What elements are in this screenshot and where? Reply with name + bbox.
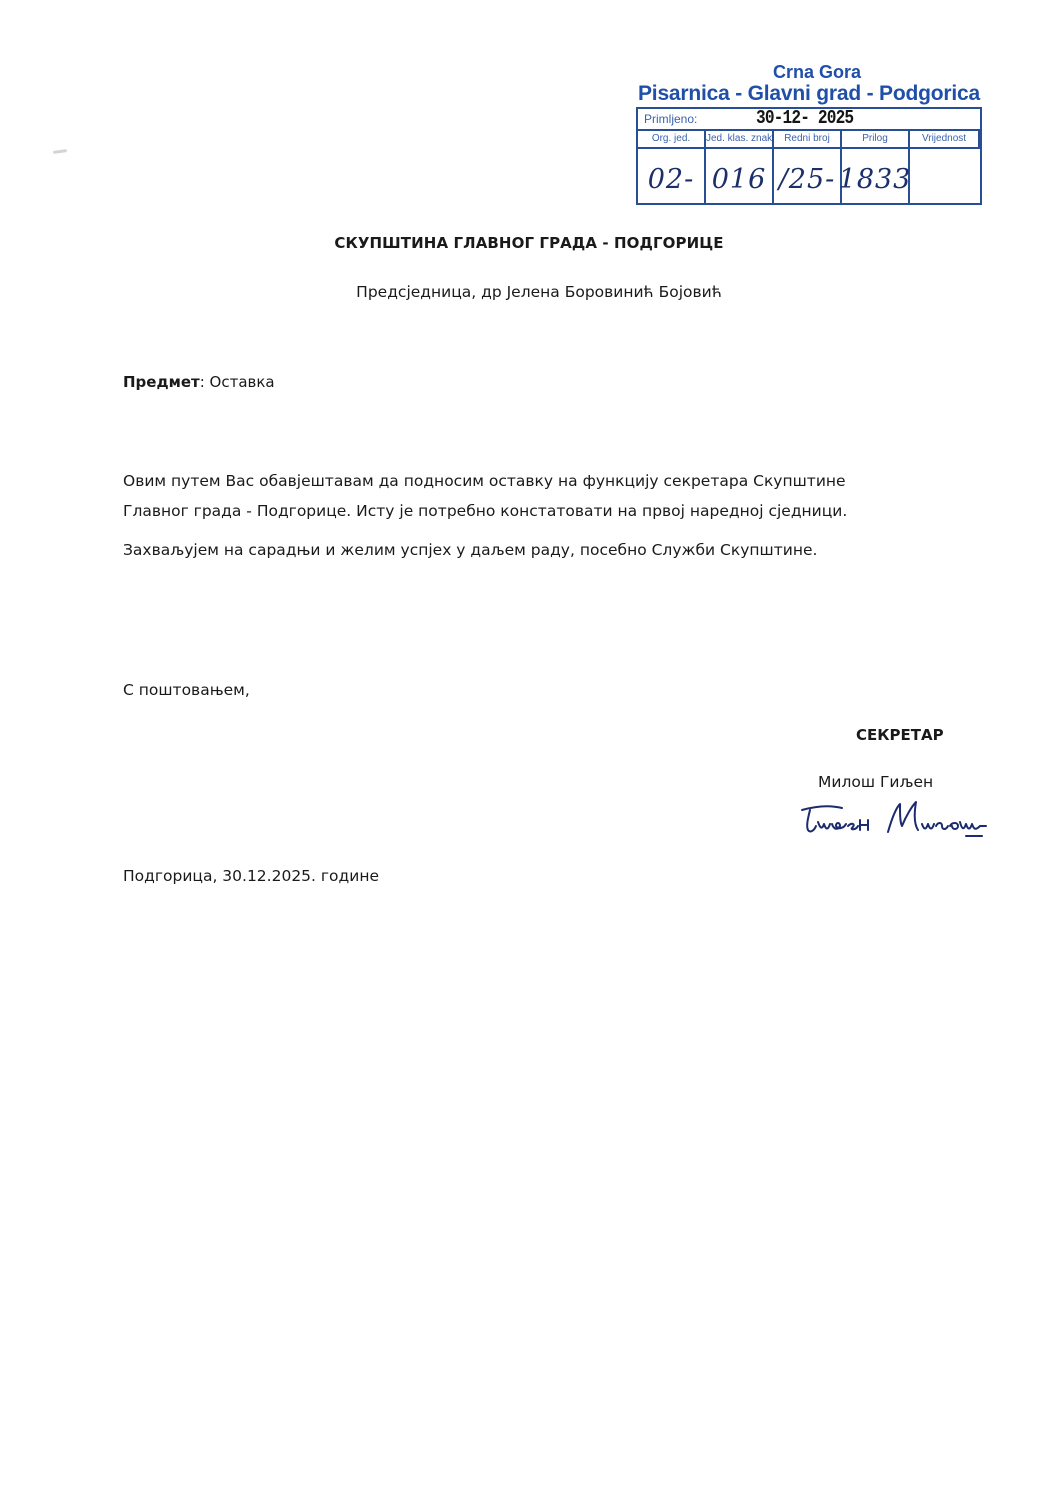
stamp-received-label: Primljeno: [638, 112, 754, 126]
stamp-table: Primljeno: 30-12- 2025 Org. jed. Jed. kl… [636, 107, 982, 205]
stamp-office: Pisarnica - Glavni grad - Podgorica [638, 82, 986, 106]
stamp-val-class-mark: 016 [706, 149, 774, 203]
stamp-received-date: 30-12- 2025 [756, 107, 853, 129]
stamp-col-attachment: Prilog [842, 131, 910, 149]
stamp-col-value: Vrijednost [910, 131, 980, 149]
letter-addressee: Предсједница, др Јелена Боровинић Бојови… [0, 283, 1058, 301]
stamp-received-row: Primljeno: 30-12- 2025 [638, 109, 980, 131]
place-and-date: Подгорица, 30.12.2025. године [123, 867, 379, 885]
letter-heading: СКУПШТИНА ГЛАВНОГ ГРАДА - ПОДГОРИЦЕ [0, 234, 1058, 252]
subject-value: : Оставка [200, 373, 275, 391]
document-page: Crna Gora Pisarnica - Glavni grad - Podg… [0, 0, 1058, 1497]
stamp-val-serial-number: /25- [774, 149, 842, 203]
handwritten-signature [796, 796, 996, 846]
stamp-val-value [910, 149, 980, 203]
stamp-grid: Org. jed. Jed. klas. znak Redni broj Pri… [638, 131, 980, 203]
stamp-val-org-unit: 02- [638, 149, 706, 203]
registry-stamp: Crna Gora Pisarnica - Glavni grad - Podg… [636, 62, 986, 205]
signer-name: Милош Гиљен [818, 773, 933, 791]
letter-subject: Предмет: Оставка [123, 373, 275, 391]
scan-artifact [53, 149, 67, 154]
stamp-col-org-unit: Org. jed. [638, 131, 706, 149]
subject-label: Предмет [123, 373, 200, 391]
paragraph-1-line-1: Овим путем Вас обавјештавам да подносим … [123, 466, 847, 496]
stamp-col-serial-number: Redni broj [774, 131, 842, 149]
signer-role: СЕКРЕТАР [856, 726, 944, 744]
paragraph-1-line-2: Главног града - Подгорице. Исту је потре… [123, 496, 847, 526]
letter-paragraph-1: Овим путем Вас обавјештавам да подносим … [123, 466, 847, 526]
letter-closing: С поштовањем, [123, 681, 250, 699]
stamp-col-class-mark: Jed. klas. znak [706, 131, 774, 149]
stamp-val-attachment: 1833 [842, 149, 910, 203]
stamp-country: Crna Gora [636, 62, 986, 82]
letter-paragraph-2: Захваљујем на сарадњи и желим успјех у д… [123, 541, 817, 559]
